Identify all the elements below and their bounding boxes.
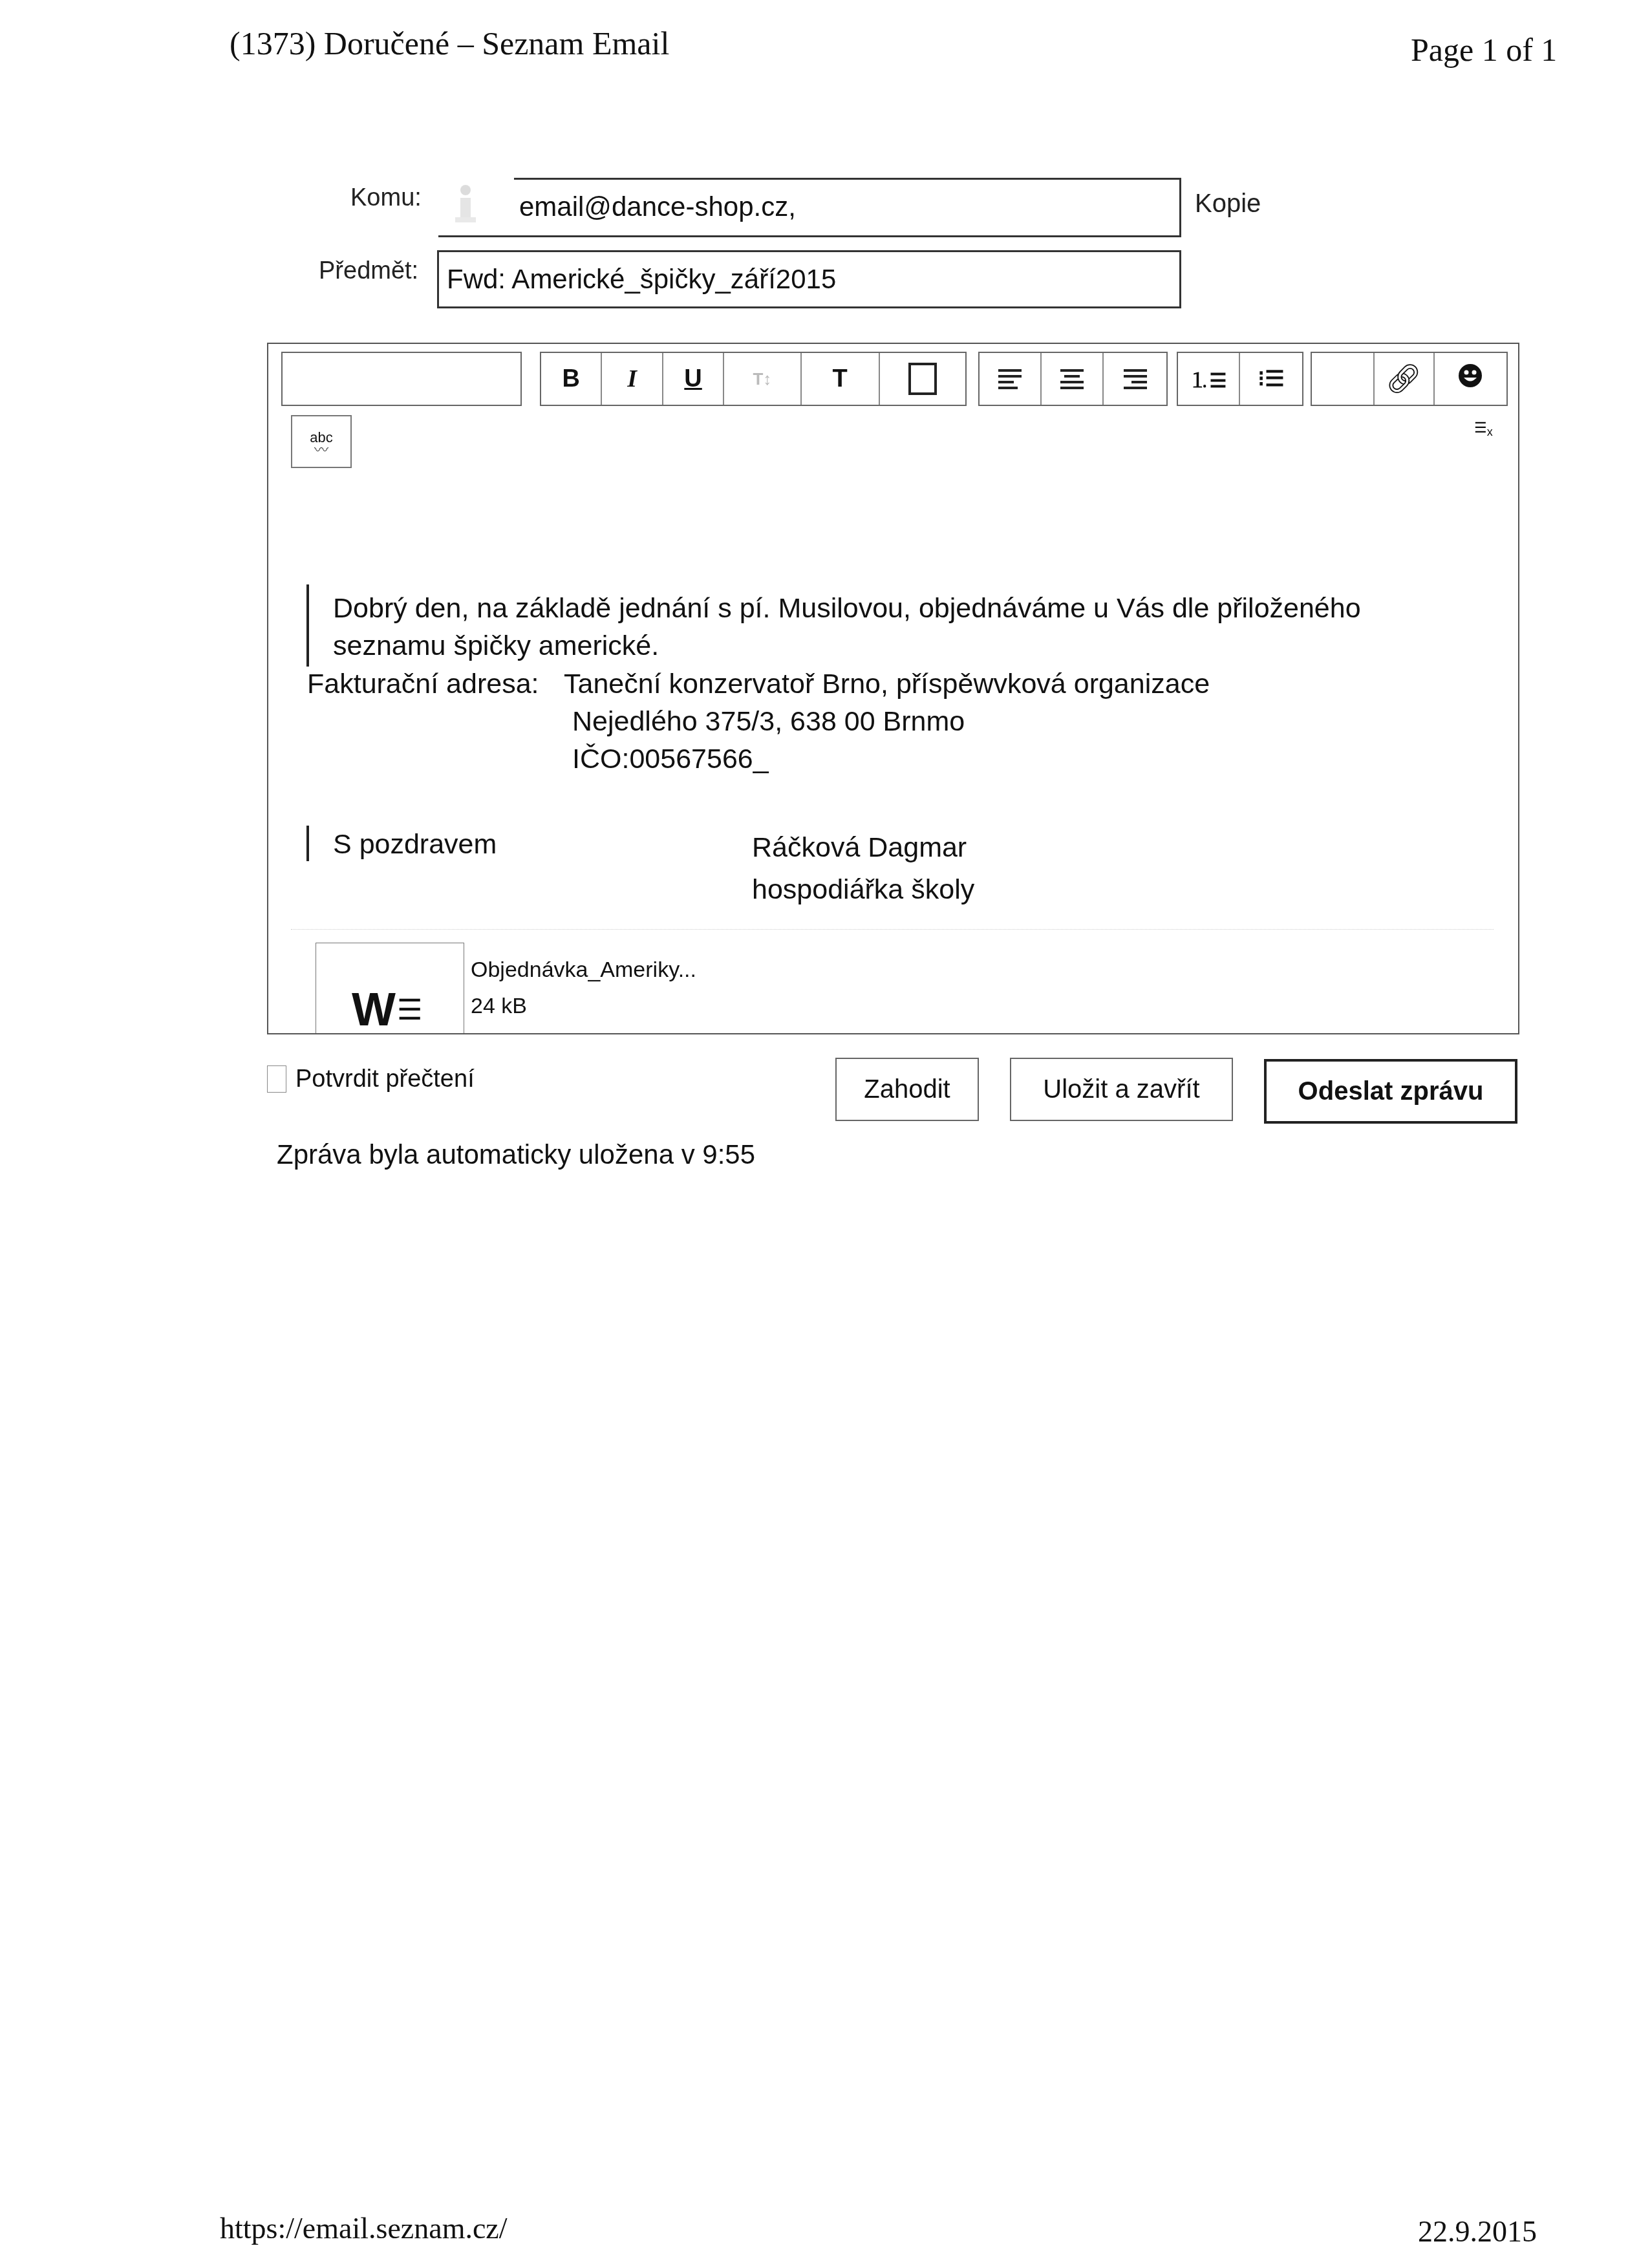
billing-label: Fakturační adresa: [307,665,539,703]
attachment-size: 24 kB [471,988,527,1024]
spellcheck-wave: 〰 [314,446,328,454]
text-size-button[interactable]: T↕ [724,353,801,405]
quote-bar [306,826,309,861]
background-color-button[interactable] [880,353,965,405]
billing-line-1: Taneční konzervatoř Brno, příspěwvková o… [564,665,1210,703]
billing-line-3: IČO:00567566_ [572,740,769,778]
italic-icon: I [627,365,637,393]
numbered-list-icon: ⒈☰ [1190,365,1227,393]
to-recipient[interactable]: email@dance-shop.cz, [519,191,796,222]
subject-value[interactable]: Fwd: Americké_špičky_září2015 [447,264,836,295]
message-editor[interactable]: B I U T↕ T ⒈☰ ⁝☰ 🔗︎ abc 〰 ☰x [267,343,1519,1034]
background-color-icon [908,363,937,395]
spellcheck-button[interactable]: abc 〰 [291,415,352,468]
align-center-icon [1060,366,1084,392]
print-url: https://email.seznam.cz/ [220,2211,508,2245]
align-center-button[interactable] [1042,353,1104,405]
quote-bar [306,584,309,667]
bold-icon: B [562,365,579,393]
print-page-title: (1373) Doručené – Seznam Email [230,25,669,62]
blank-button[interactable] [1312,353,1375,405]
link-icon: 🔗︎ [1386,362,1422,396]
align-left-button[interactable] [980,353,1042,405]
to-input[interactable]: email@dance-shop.cz, [514,178,1181,237]
attachment-divider [291,929,1494,930]
formatting-toolbar-group: B I U T↕ T [540,352,967,406]
send-button[interactable]: Odeslat zprávu [1264,1059,1517,1124]
insert-toolbar-group: 🔗︎ [1311,352,1508,406]
to-input-left-edge [438,178,516,237]
clear-formatting-button[interactable]: ☰x [1474,425,1500,451]
align-left-icon [998,366,1022,392]
emoji-icon [1457,363,1483,395]
clear-formatting-icon: ☰x [1474,425,1500,435]
print-page-number: Page 1 of 1 [1411,31,1557,69]
read-receipt-checkbox[interactable] [267,1065,286,1093]
underline-icon: U [684,365,702,393]
cc-link[interactable]: Kopie [1195,189,1261,219]
bullet-list-icon: ⁝☰ [1258,366,1284,392]
alignment-toolbar-group [978,352,1168,406]
billing-line-2: Nejedlého 375/3, 638 00 Brnmo [572,703,965,740]
align-right-icon [1124,366,1147,392]
text-color-button[interactable]: T [802,353,880,405]
font-select[interactable] [281,352,522,406]
autosave-status: Zpráva byla automaticky uložena v 9:55 [277,1139,755,1170]
link-button[interactable]: 🔗︎ [1375,353,1435,405]
save-and-close-button[interactable]: Uložit a zavřít [1010,1058,1233,1121]
subject-label: Předmět: [319,257,418,285]
signature-title: hospodiářka školy [752,871,974,908]
closing: S pozdravem [333,826,497,863]
bold-button[interactable]: B [541,353,602,405]
print-date: 22.9.2015 [1418,2214,1537,2249]
discard-button[interactable]: Zahodit [835,1058,979,1121]
subject-input[interactable]: Fwd: Americké_špičky_září2015 [437,250,1181,308]
attachment-thumbnail[interactable]: W ☰ [316,943,464,1033]
text-color-icon: T [833,365,848,393]
word-document-icon: W [352,983,392,1036]
numbered-list-button[interactable]: ⒈☰ [1178,353,1240,405]
attachment-filename[interactable]: Objednávka_Ameriky... [471,952,696,988]
word-lines-icon: ☰ [397,994,422,1027]
bullet-list-button[interactable]: ⁝☰ [1240,353,1302,405]
emoji-button[interactable] [1435,353,1507,405]
signature-name: Ráčková Dagmar [752,829,967,866]
greeting-line-2: seznamu špičky americké. [333,627,659,665]
greeting-line-1: Dobrý den, na základě jednání s pí. Musi… [333,590,1361,627]
underline-button[interactable]: U [663,353,724,405]
list-toolbar-group: ⒈☰ ⁝☰ [1177,352,1303,406]
read-receipt-label[interactable]: Potvrdit přečtení [295,1065,475,1093]
italic-button[interactable]: I [602,353,663,405]
to-label: Komu: [350,184,422,212]
text-size-icon: T↕ [753,369,771,389]
align-right-button[interactable] [1104,353,1166,405]
